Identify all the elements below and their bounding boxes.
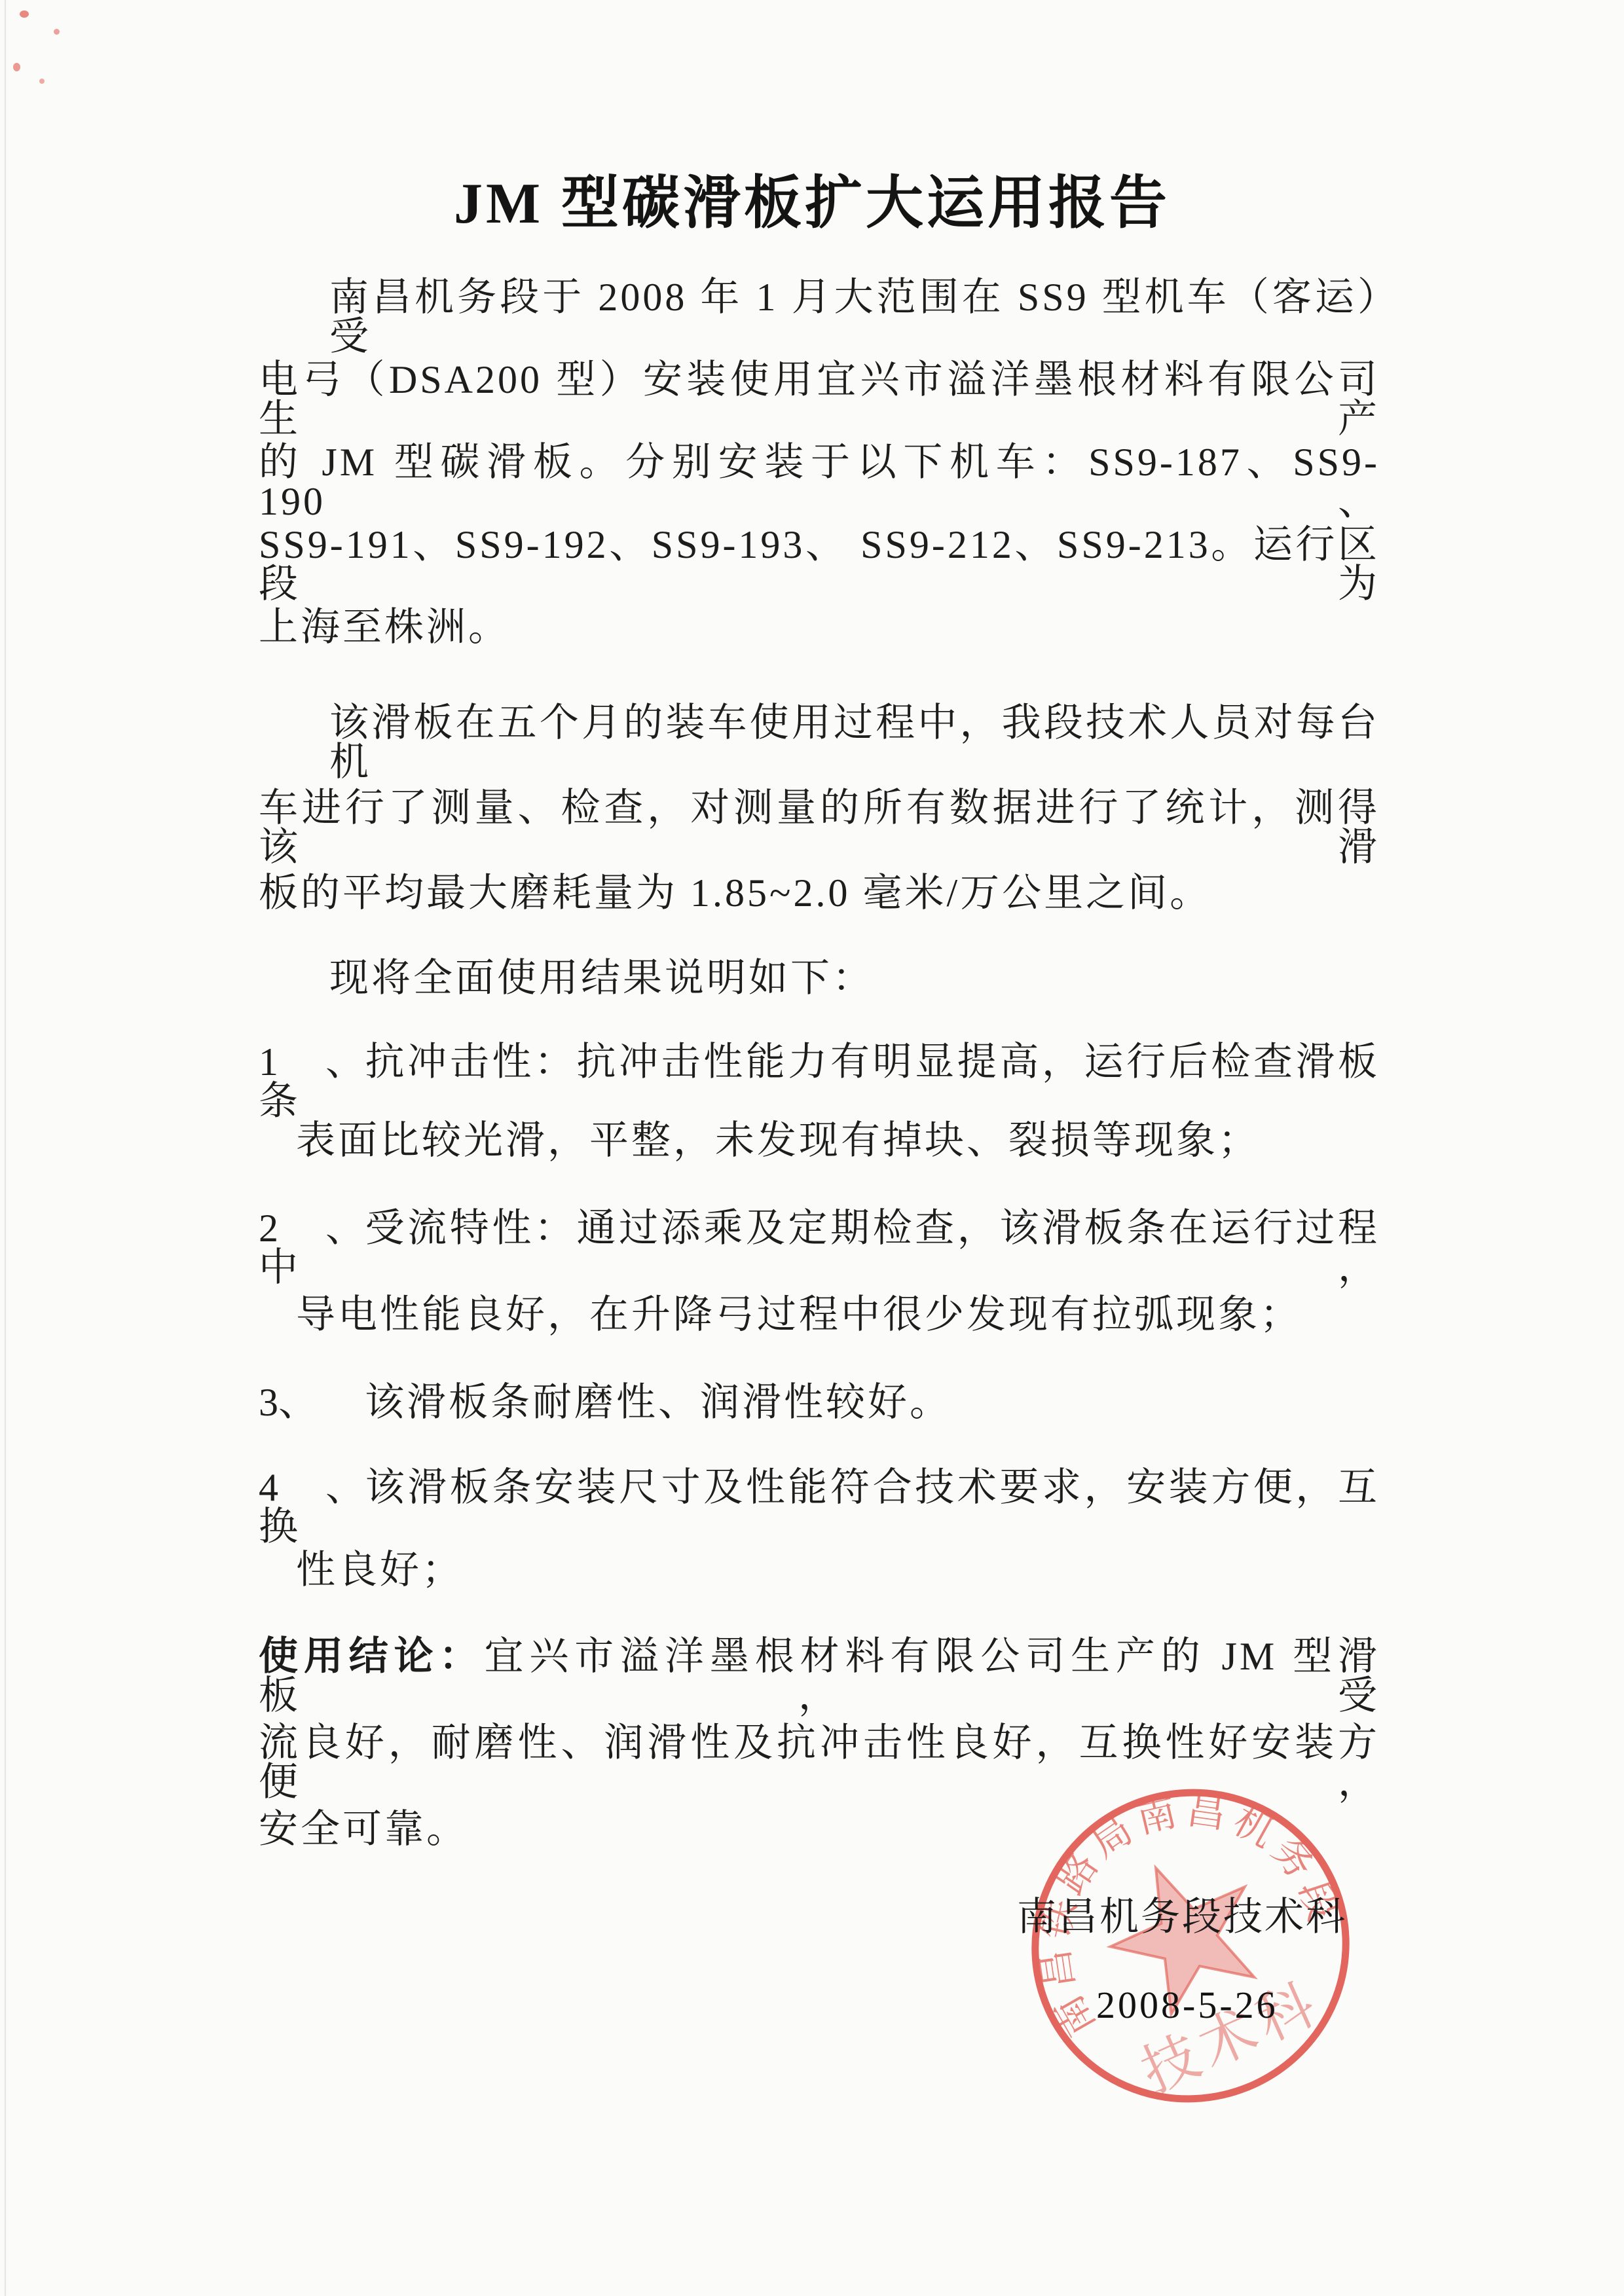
official-seal-stamp: 南昌铁路局南昌机务段 技术科 (1007, 1762, 1374, 2129)
signature-date: 2008-5-26 (1096, 1986, 1278, 2024)
paragraph1-line2: 电弓（DSA200 型）安装使用宜兴市溢洋墨根材料有限公司生产 (259, 360, 1380, 439)
scanned-report-page: 南昌铁路局南昌机务段 技术科 JM 型碳滑板扩大运用报告 南昌机务段于 2008… (0, 0, 1624, 2296)
list-item-4-line2: 性良好； (296, 1550, 1380, 1590)
list-item-4-text: 该滑板条安装尺寸及性能符合技术要求，安装方便，互换 (259, 1466, 1380, 1548)
list-item-3-number: 3、 (259, 1383, 365, 1422)
conclusion-line1: 使用结论：宜兴市溢洋墨根材料有限公司生产的 JM 型滑板，受 (259, 1637, 1380, 1715)
list-item-4-number: 4、 (259, 1468, 365, 1507)
ink-speck (39, 79, 45, 84)
intro-line: 现将全面使用结果说明如下： (329, 958, 1380, 998)
report-title: JM 型碳滑板扩大运用报告 (0, 175, 1624, 233)
list-item-4-line1: 4、该滑板条安装尺寸及性能符合技术要求，安装方便，互换 (259, 1468, 1380, 1546)
list-item-2-number: 2、 (259, 1209, 365, 1248)
conclusion-label: 使用结论： (259, 1635, 484, 1678)
list-item-1-line2: 表面比较光滑，平整，未发现有掉块、裂损等现象； (296, 1121, 1380, 1160)
list-item-1-line1: 1、抗冲击性：抗冲击性能力有明显提高，运行后检查滑板条 (259, 1042, 1380, 1121)
list-item-1-number: 1、 (259, 1042, 365, 1082)
list-item-3-line1: 3、该滑板条耐磨性、润滑性较好。 (259, 1383, 1380, 1422)
paragraph1-line3: 的 JM 型碳滑板。分别安装于以下机车：SS9-187、SS9-190、 (259, 443, 1380, 521)
ink-speck (13, 63, 20, 71)
scan-edge-line (5, 0, 6, 2296)
paragraph2-line2: 车进行了测量、检查，对测量的所有数据进行了统计，测得该滑 (259, 788, 1380, 867)
paragraph1-line5: 上海至株洲。 (259, 608, 1380, 647)
list-item-3-text: 该滑板条耐磨性、润滑性较好。 (365, 1381, 951, 1424)
ink-speck (54, 29, 60, 35)
list-item-2-line2: 导电性能良好，在升降弓过程中很少发现有拉弧现象； (296, 1295, 1380, 1334)
ink-speck (20, 10, 29, 18)
list-item-2-text: 受流特性：通过添乘及定期检查，该滑板条在运行过程中， (259, 1207, 1380, 1289)
paragraph2-line3: 板的平均最大磨耗量为 1.85~2.0 毫米/万公里之间。 (259, 873, 1380, 913)
list-item-2-line1: 2、受流特性：通过添乘及定期检查，该滑板条在运行过程中， (259, 1209, 1380, 1287)
list-item-1-text: 抗冲击性：抗冲击性能力有明显提高，运行后检查滑板条 (259, 1040, 1380, 1123)
signature-org: 南昌机务段技术科 (1017, 1897, 1347, 1937)
paragraph2-line1: 该滑板在五个月的装车使用过程中，我段技术人员对每台机 (329, 703, 1380, 782)
paragraph1-line4: SS9-191、SS9-192、SS9-193、 SS9-212、SS9-213… (259, 525, 1380, 604)
paragraph1-line1: 南昌机务段于 2008 年 1 月大范围在 SS9 型机车（客运）受 (329, 278, 1380, 356)
